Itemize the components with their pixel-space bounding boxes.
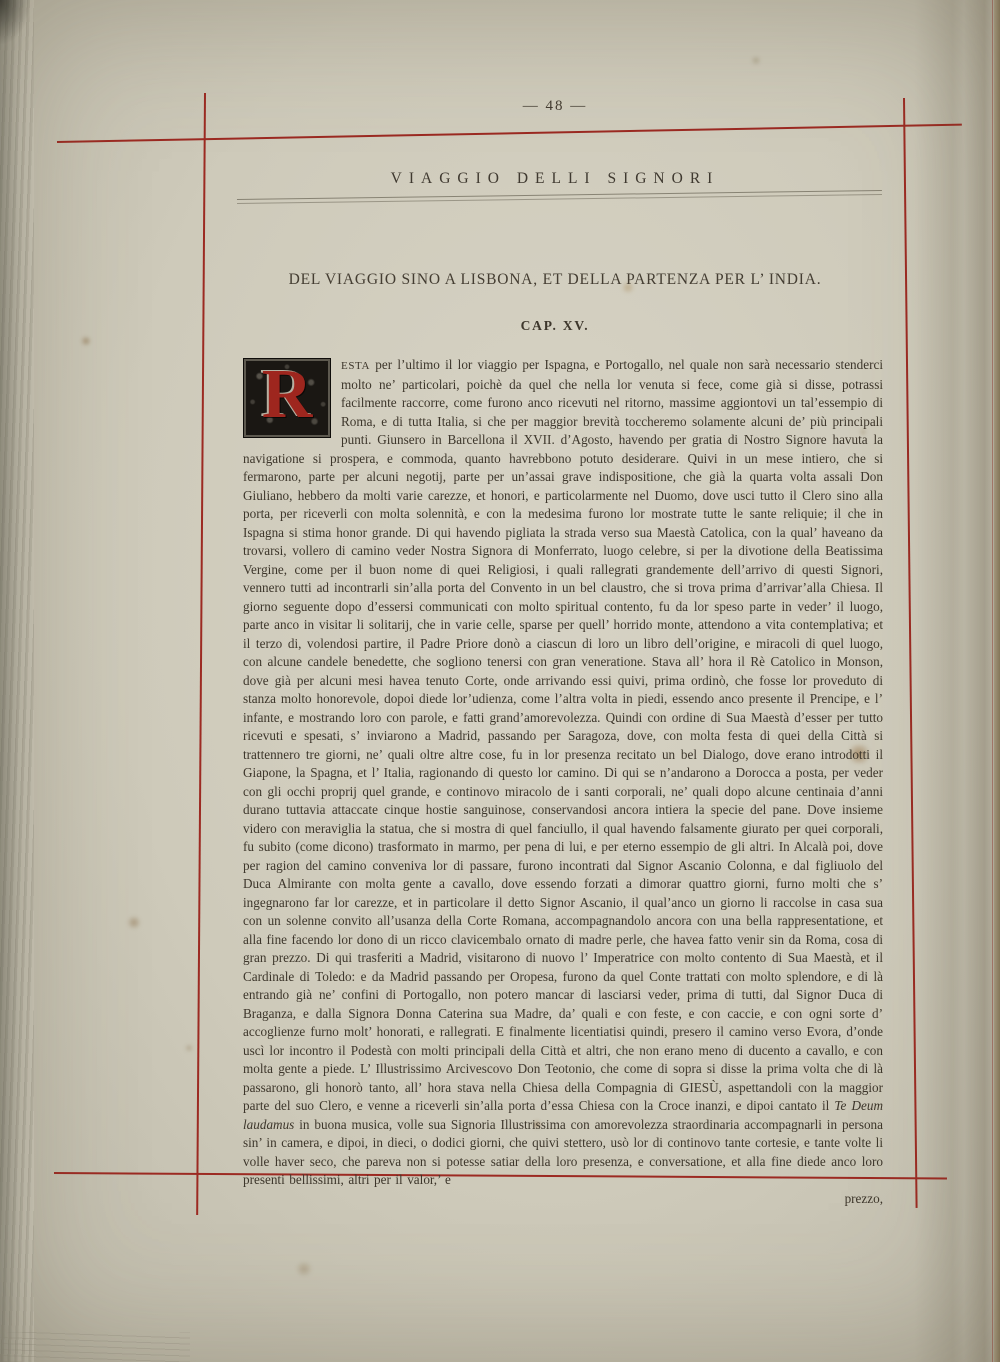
opening-word: ESTA [341, 360, 370, 372]
bottom-left-page-edges [0, 1332, 190, 1362]
chapter-title: DEL VIAGGIO SINO A LISBONA, ET DELLA PAR… [205, 271, 905, 289]
body-paragraph: RESTA per l’ultimo il lor viaggio per Is… [243, 356, 883, 1190]
left-page-edges [0, 0, 34, 1362]
top-left-corner-shadow [0, 0, 30, 44]
red-rule-left [196, 93, 206, 1215]
dropcap-letter: R [262, 360, 313, 430]
foxing-stain [750, 56, 762, 65]
body-run-1: per l’ultimo il lor viaggio per Ispagna,… [243, 357, 883, 1113]
page-number: — 48 — [205, 98, 905, 115]
book-page-photo: — 48 — VIAGGIO DELLI SIGNORI DEL VIAGGIO… [0, 0, 1000, 1362]
catchword: prezzo, [243, 1190, 883, 1209]
running-header: VIAGGIO DELLI SIGNORI [205, 170, 905, 188]
foxing-stain [184, 1044, 194, 1052]
foxing-stain [294, 1262, 314, 1276]
facing-page-edge [994, 0, 1000, 1362]
gutter-shadow [914, 0, 1000, 1362]
foxing-stain [126, 916, 142, 929]
facing-page-red-rule [992, 0, 994, 1362]
red-rule-top [57, 124, 962, 143]
ornate-initial-dropcap: R [243, 358, 331, 438]
body-text: RESTA per l’ultimo il lor viaggio per Is… [243, 356, 883, 1208]
foxing-stain [80, 336, 92, 346]
running-header-double-rule [237, 190, 882, 204]
body-run-2: in buona musica, volle sua Signoria Illu… [243, 1117, 883, 1188]
chapter-number: CAP. XV. [205, 318, 905, 334]
